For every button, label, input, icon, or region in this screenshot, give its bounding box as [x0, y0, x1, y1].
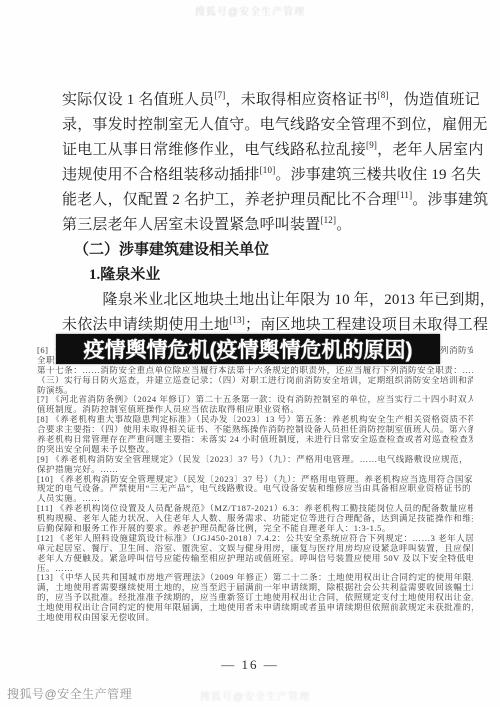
text-line: 规定的电气设备。严禁使用“三无产品”，电气线路敷设。电气设备安装和维修应当由具备…	[37, 484, 473, 494]
text-line: [9] 《养老机构消防安全管理规定》（民发〔2023〕37 号）（九）：严格用电…	[37, 455, 473, 465]
text-line: 隆泉米业北区地块土地出让年限为 10 年，2013 年已到期，	[62, 288, 452, 313]
text-line: 养老机构日常管理存在严重问题主要指：未落实 24 小时值班制度，未进行日常安全巡…	[37, 435, 473, 445]
body-paragraph-2: 隆泉米业北区地块土地出让年限为 10 年，2013 年已到期，未依法申请续期使用…	[62, 288, 452, 338]
text-line: [10] 《养老机构消防安全管理规定》（民发〔2023〕37 号）（九）：严格用…	[37, 475, 473, 485]
text-line: 第三层老年人居室未设置紧急呼叫装置[12]。	[62, 213, 452, 238]
text-line: 录，事发时控制室无人值守。电气线路安全管理不到位，雇佣无	[62, 113, 452, 138]
text-line: 单元起居室、餐厅、卫生间、浴室、盥洗室、文娱与健身用房，康复与医疗用房均应设紧急…	[37, 544, 473, 554]
overlay-banner: 疫情舆情危机(疫情舆情危机的原因)	[56, 334, 440, 364]
text-line: 的突出安全问题未予以整改。	[37, 445, 473, 455]
text-line: 土地使用权由国家无偿收回。	[37, 613, 473, 623]
text-line: 第十七条：……消防安全重点单位除应当履行本法第十六条规定的职责外，还应当履行下列…	[37, 366, 473, 376]
text-line: 合要求主要指：（四）使用未取得相关证书、不能熟练操作消防控制设备人员担任消防控制…	[37, 425, 473, 435]
body-paragraph-1: 实际仅设 1 名值班人员[7]，未取得相应资格证书[8]，伪造值班记录，事发时控…	[62, 88, 452, 238]
text-line: [13] 《中华人民共和国城市房地产管理法》（2009 年修正）第二十二条：土地…	[37, 573, 473, 583]
text-line: 后勤保障和服务工作开展的要求。养老护理员配备比例，完全不能自理老年人：1:3-1…	[37, 524, 473, 534]
banner-title: 疫情舆情危机(疫情舆情危机的原因)	[84, 334, 413, 364]
text-line: 实际仅设 1 名值班人员[7]，未取得相应资格证书[8]，伪造值班记	[62, 88, 452, 113]
text-line: 机构规模、老年人能力状况、入住老年人人数、服务需求、功能定位等进行合理配备，达到…	[37, 514, 473, 524]
text-line: 人员实施。……	[37, 494, 473, 504]
footnote-block: [6] 《中华人民共和国消防法》（2021 年修正）第十六条：机关、团体、企业、…	[37, 346, 473, 623]
watermark-bottom: 搜狐号@安全生产管理	[200, 688, 310, 703]
text-line: 老年人方便触及。紧急呼叫信号应能传输至相应护理站或值班室。呼叫信号装置应使用 5…	[37, 554, 473, 564]
document-page: 搜狐号@安全生产管理 实际仅设 1 名值班人员[7]，未取得相应资格证书[8]，…	[0, 0, 500, 707]
subsection-heading: 1.隆泉米业	[62, 263, 479, 288]
text-line: 证电工从事日常维修作业，电气线路私拉乱接[9]，老年人居室内	[62, 138, 452, 163]
text-line: 压。……	[37, 564, 473, 574]
text-line: 土地使用权出让合同约定的使用年限届满，土地使用者未申请续期或者虽申请续期但依照前…	[37, 603, 473, 613]
text-line: （三）实行每日防火巡查，并建立巡查记录；（四）对职工进行岗前消防安全培训，定期组…	[37, 376, 473, 386]
text-line: 违规使用不合格组装移动插排[10]。涉事建筑三楼共收住 19 名失	[62, 163, 452, 188]
text-line: 满，土地使用者需要继续使用土地的，应当至迟于届满前一年申请续期，除根据社会公共利…	[37, 583, 473, 593]
text-line: [7] 《河北省消防条例》（2024 年修订）第二十五条第一款：设有消防控制室的…	[37, 395, 473, 405]
page-number: — 16 —	[0, 657, 500, 673]
text-line: 的，应当予以批准。经批准准予续期的，应当重新签订土地使用权出让合同，依照规定支付…	[37, 593, 473, 603]
text-line: 能老人，仅配置 2 名护工，养老护理员配比不合理[11]。涉事建筑	[62, 188, 452, 213]
text-line: [12] 《老年人照料设施建筑设计标准》（JGJ450-2018）7.4.2：公…	[37, 534, 473, 544]
section-heading: （二）涉事建筑建设相关单位	[62, 238, 464, 263]
text-line: 防演练。	[37, 386, 473, 396]
footer-brand: 搜狐号@安全生产管理	[7, 685, 132, 702]
text-line: 保护措施完好。……	[37, 465, 473, 475]
text-line: 值班制度。消防控制室值班操作人员应当依法取得相应职业资格。	[37, 405, 473, 415]
watermark-top: 搜狐号@安全生产管理	[0, 3, 500, 18]
text-line: [11] 《养老机构岗位设置及人员配备规范》（MZ/T187-2021）6.3：…	[37, 504, 473, 514]
text-line: [8] 《养老机构重大事故隐患判定标准》（民办发〔2023〕13 号）第五条：养…	[37, 415, 473, 425]
